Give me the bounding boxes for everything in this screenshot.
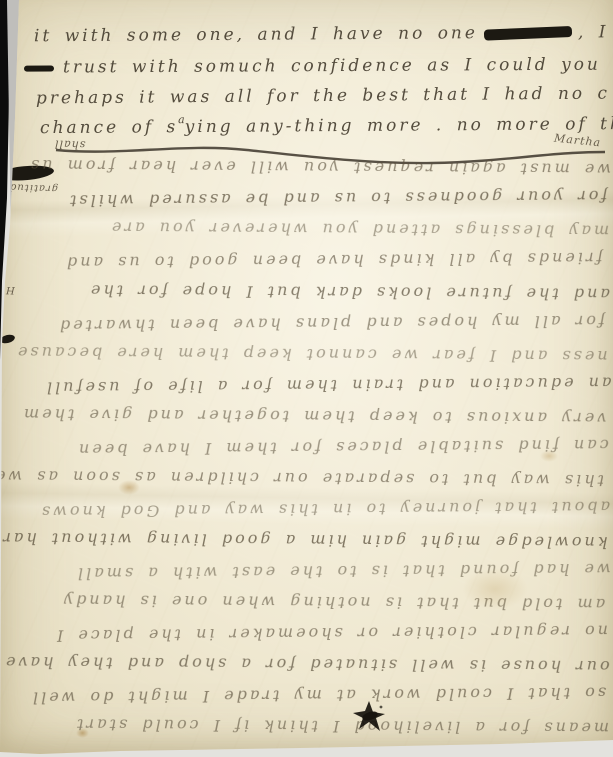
- flipped-line: this way but to separate our children as…: [0, 467, 604, 490]
- letter-paper: it with some one, and I have no one, I s…: [0, 0, 613, 757]
- flipped-line: our house is well situated for a shop an…: [3, 653, 610, 676]
- crossed-out-dash-smear: [24, 65, 54, 71]
- flipped-line: so that I could work at my trade I might…: [30, 683, 606, 707]
- inserted-letter: a: [178, 113, 185, 126]
- flipped-line: very anxious to keep them together and g…: [21, 405, 606, 428]
- handwritten-line: it with some one, and I have no one, I s…: [34, 22, 613, 47]
- line-text: prehaps it was all for the best that I h…: [36, 83, 610, 108]
- line-text: it with some one, and I have no one: [34, 23, 478, 46]
- margin-word-shall: shall: [54, 137, 86, 151]
- line-text: ying any-thing more . no more of this: [185, 114, 613, 137]
- flipped-line: may blessings attend you wherever you ar…: [109, 218, 609, 240]
- line-text: chance of s: [40, 117, 178, 138]
- handwritten-line: trust with somuch confidence as I could …: [24, 54, 613, 77]
- line-text: trust with somuch confidence as I could …: [63, 54, 613, 77]
- ink-blot: [352, 699, 388, 735]
- handwritten-line: prehaps it was all for the best that I h…: [36, 83, 610, 108]
- flipped-line: means for a livelihood I think if I coul…: [74, 715, 609, 738]
- flipped-line: we must again request you will ever hear…: [28, 156, 611, 179]
- photographed-letter: it with some one, and I have no one, I s…: [0, 0, 613, 757]
- margin-insert-mark: Ht: [0, 284, 15, 296]
- flipped-line: friends by all kinds have been good to u…: [64, 249, 603, 273]
- small-ink-smear: [0, 333, 16, 344]
- flipped-line: for all my hopes and plans have been thw…: [57, 312, 605, 336]
- flipped-line: no regular clothier or shoemaker in the …: [54, 622, 608, 646]
- flipped-line: knowledge might gain him a good living w…: [0, 529, 607, 552]
- flipped-line: for your goodness to us and be assured w…: [67, 187, 607, 211]
- flipped-line: we had found that is to the east with a …: [75, 560, 611, 584]
- flipped-line: about that journey to in this way and Go…: [39, 498, 610, 522]
- flipped-line: an education and train them for a life o…: [43, 374, 611, 398]
- flipped-line: and the future looks dark but I hope for…: [88, 281, 610, 304]
- flipped-line: ness and I fear we cannot keep them here…: [15, 343, 608, 366]
- handwritten-line: chance of saying any-thing more . no mor…: [40, 114, 613, 138]
- flipped-line: am told but that is nothing when one is …: [61, 591, 605, 614]
- crossed-out-word-smear: [484, 26, 572, 41]
- line-text: , I shoud: [578, 22, 613, 43]
- flipped-line: can find suitable places for them I have…: [76, 436, 609, 460]
